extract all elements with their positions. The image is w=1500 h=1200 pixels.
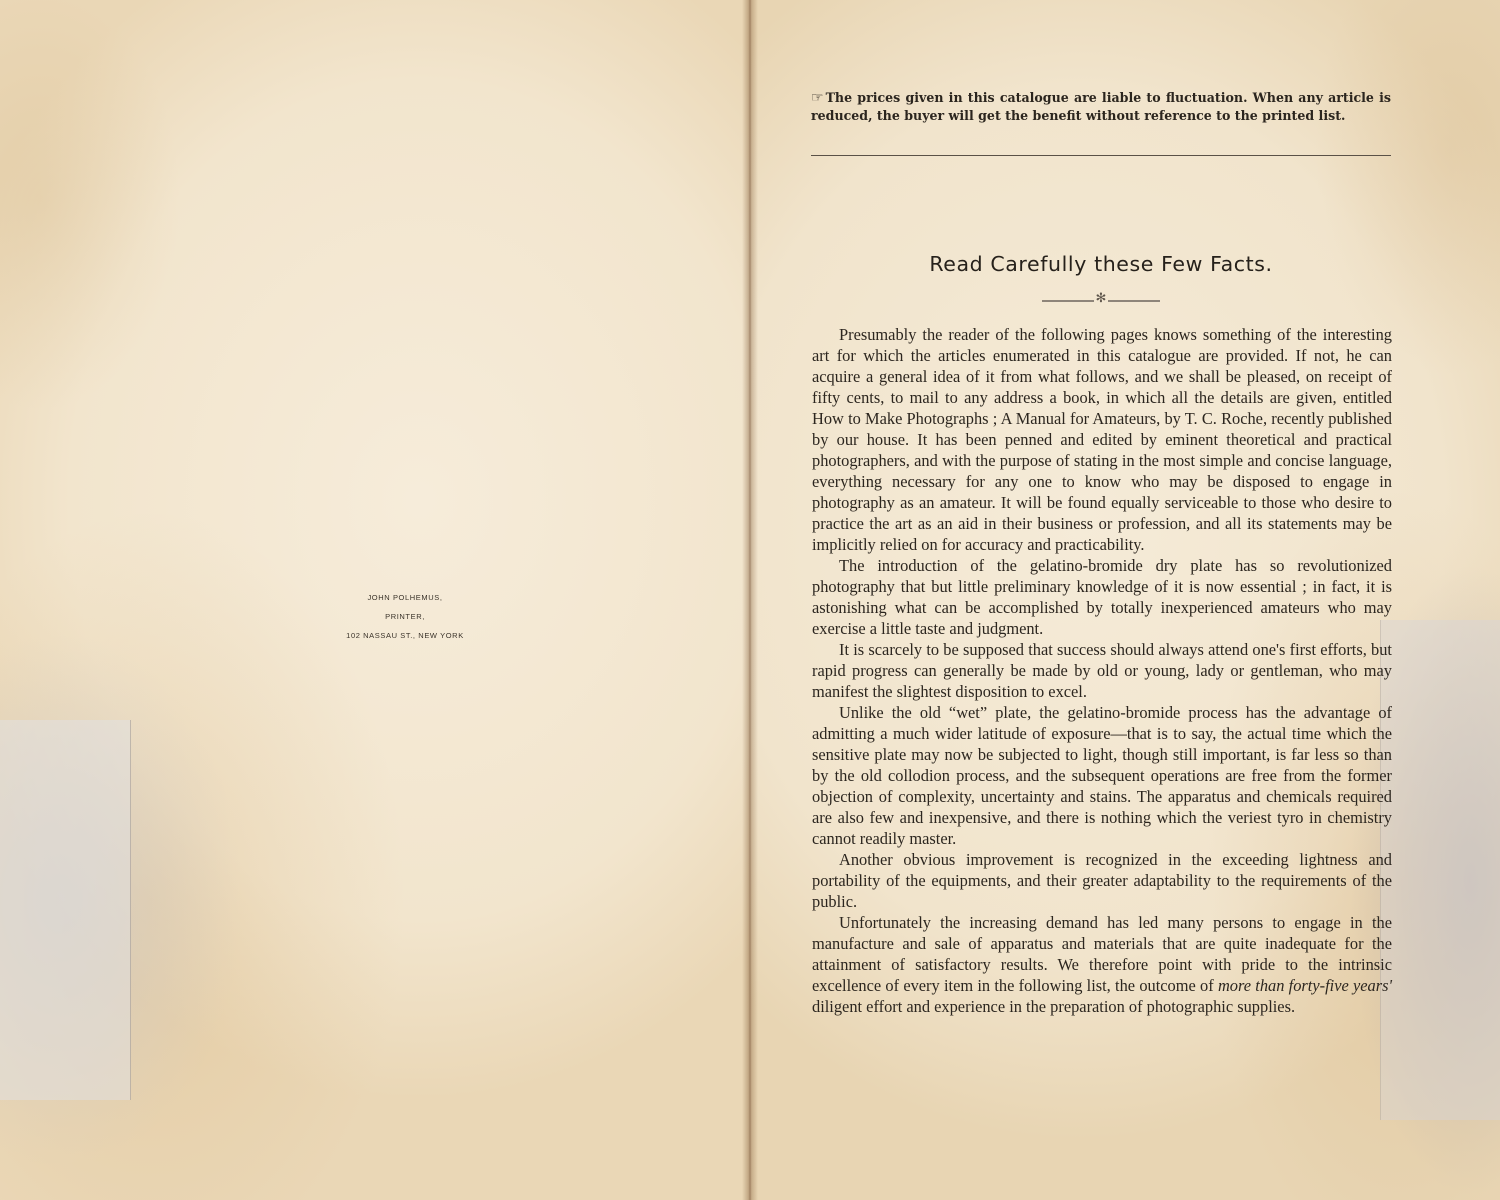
price-notice: ☞The prices given in this catalogue are …: [811, 89, 1391, 125]
book-spread: JOHN POLHEMUS, PRINTER, 102 NASSAU ST., …: [0, 0, 1500, 1200]
page-heading: Read Carefully these Few Facts.: [811, 252, 1391, 276]
heading-ornament: ✻: [1042, 292, 1160, 308]
tape-stain-right: [1380, 620, 1500, 1120]
left-page: JOHN POLHEMUS, PRINTER, 102 NASSAU ST., …: [0, 0, 750, 1200]
emphasis-text: more than forty-five years': [1218, 976, 1392, 995]
paragraph: The introduction of the gelatino-bromide…: [812, 555, 1392, 639]
pointing-hand-icon: ☞: [811, 90, 824, 106]
paragraph: Unfortunately the increasing demand has …: [812, 912, 1392, 1017]
imprint-title: PRINTER,: [320, 607, 490, 626]
ornament-line-right: [1108, 300, 1160, 302]
body-text: Presumably the reader of the following p…: [812, 324, 1392, 1017]
book-gutter: [742, 0, 758, 1200]
ornament-line-left: [1042, 300, 1094, 302]
imprint-name: JOHN POLHEMUS,: [320, 588, 490, 607]
paragraph: Unlike the old “wet” plate, the gelatino…: [812, 702, 1392, 849]
paragraph: Presumably the reader of the following p…: [812, 324, 1392, 555]
paragraph: It is scarcely to be supposed that succe…: [812, 639, 1392, 702]
notice-text: The prices given in this catalogue are l…: [811, 90, 1391, 123]
printer-imprint: JOHN POLHEMUS, PRINTER, 102 NASSAU ST., …: [320, 588, 490, 645]
notice-divider: [811, 155, 1391, 156]
imprint-address: 102 NASSAU ST., NEW YORK: [320, 626, 490, 645]
paragraph-text: diligent effort and experience in the pr…: [812, 997, 1295, 1016]
tape-stain-left: [0, 720, 131, 1100]
paragraph: Another obvious improvement is recognize…: [812, 849, 1392, 912]
asterisk-ornament-icon: ✻: [1094, 291, 1108, 306]
